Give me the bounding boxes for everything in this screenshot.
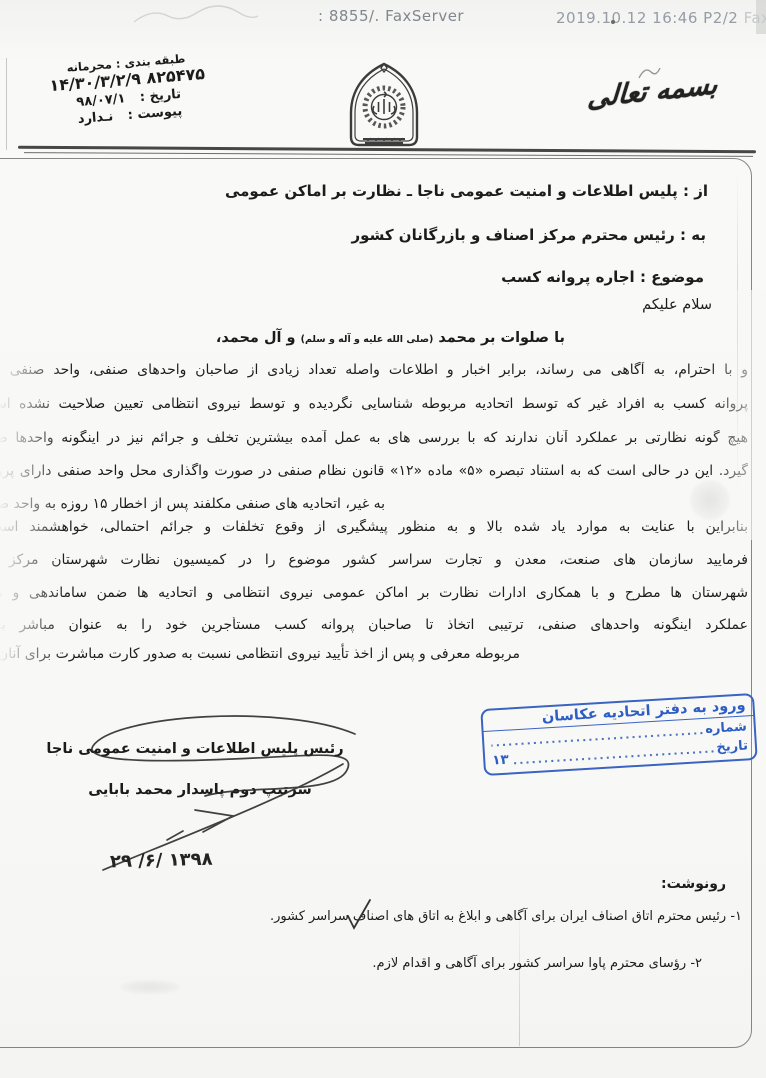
ink-mark-icon [636,64,662,82]
scan-fade-left [0,352,64,682]
salutation: سلام علیکم [642,297,712,313]
body-line: فرمایید سازمان های صنعت، معدن و تجارت سر… [0,552,748,577]
fold-line-artifact [6,58,7,150]
fax-timestamp: 2019.10.12 16:46 P2/2 FaxSer [556,9,766,27]
from-line: از : پلیس اطلاعات و امنیت عمومی ناجا ـ ن… [225,182,708,200]
copy-note: ۲- رؤسای محترم پاوا سراسر کشور برای آگاه… [372,956,702,971]
stamp-date-label: تاریخ [716,738,748,755]
attachment-value: نـدارد [77,109,114,127]
body-line: پروانه کسب به افراد غیر که توسط اتحادیه … [0,396,748,421]
signature-scrawl-icon [55,712,375,882]
body-line: عملکرد اینگونه واحدهای صنفی، ترتیبی اتخا… [0,617,748,642]
salavat-tail: و آل محمد، [216,330,301,346]
stamp-date-prefix: ۱۳ [492,752,509,769]
body-line: شهرستان ها مطرح و با همکاری ادارات نظارت… [0,585,748,610]
scan-smudge [690,480,730,520]
salavat-line: با صلوات بر محمد (صلی الله علیه و آله و … [225,330,565,346]
copy-to-label: رونوشت: [661,876,726,892]
scan-smudge [120,980,180,994]
subject-value: اجاره پروانه کسب [501,268,635,286]
salavat-main: با صلوات بر محمد [433,330,565,346]
attachment-label: پیوست : [127,104,183,123]
letter-date-value: ۹۸/۰۷/۱ [76,91,126,110]
body-line: مربوطه معرفی و پس از اخذ تأیید نیروی انت… [0,646,520,662]
handwritten-date: ۱۳۹۸ /۶/ ۲۹ [110,849,213,873]
salavat-honorific: (صلی الله علیه و آله و سلم) [301,334,434,345]
body-line: گیرد. این در حالی است که به استناد تبصره… [0,463,748,488]
body-line: و با احترام، به آگاهی می رساند، برابر اخ… [0,362,748,387]
to-label: به : [680,226,706,244]
body-line: بنابراین با عنایت به موارد یاد شده بالا … [0,519,748,544]
subject-label: موضوع : [640,268,704,286]
scan-dot-artifact [611,20,615,24]
to-line: به : رئیس محترم مرکز اصناف و بازرگانان ک… [352,226,706,244]
fax-server-id: : 8855/. FaxServer [318,7,464,25]
to-value: رئیس محترم مرکز اصناف و بازرگانان کشور [352,226,675,244]
naja-police-emblem-icon [343,61,425,153]
handwritten-checkmark-icon [344,897,374,933]
fax-timestamp-text: 2019.10.12 16:46 P2/2 [556,9,744,27]
copy-note: ۱- رئیس محترم اتاق اصناف ایران برای آگاه… [270,909,742,924]
classification-block: طبقه بندی : محرمانه ۸۲۵۴۷۵ ۱۴/۳۰/۳/۲/۹ ت… [0,46,256,133]
scan-edge-artifact [756,0,766,34]
stamp-number-label: شماره [705,719,747,736]
from-value: پلیس اطلاعات و امنیت عمومی ناجا ـ نظارت … [225,182,678,200]
from-label: از : [683,182,708,200]
subject-line: موضوع : اجاره پروانه کسب [501,268,704,286]
body-line: هیچ گونه نظارتی بر عملکرد آنان ندارند که… [0,430,748,455]
pencil-scribble-icon [130,2,260,30]
scanned-fax-letter: : 8855/. FaxServer 2019.10.12 16:46 P2/2… [0,0,766,1078]
letter-date-label: تاریخ : [139,87,181,105]
